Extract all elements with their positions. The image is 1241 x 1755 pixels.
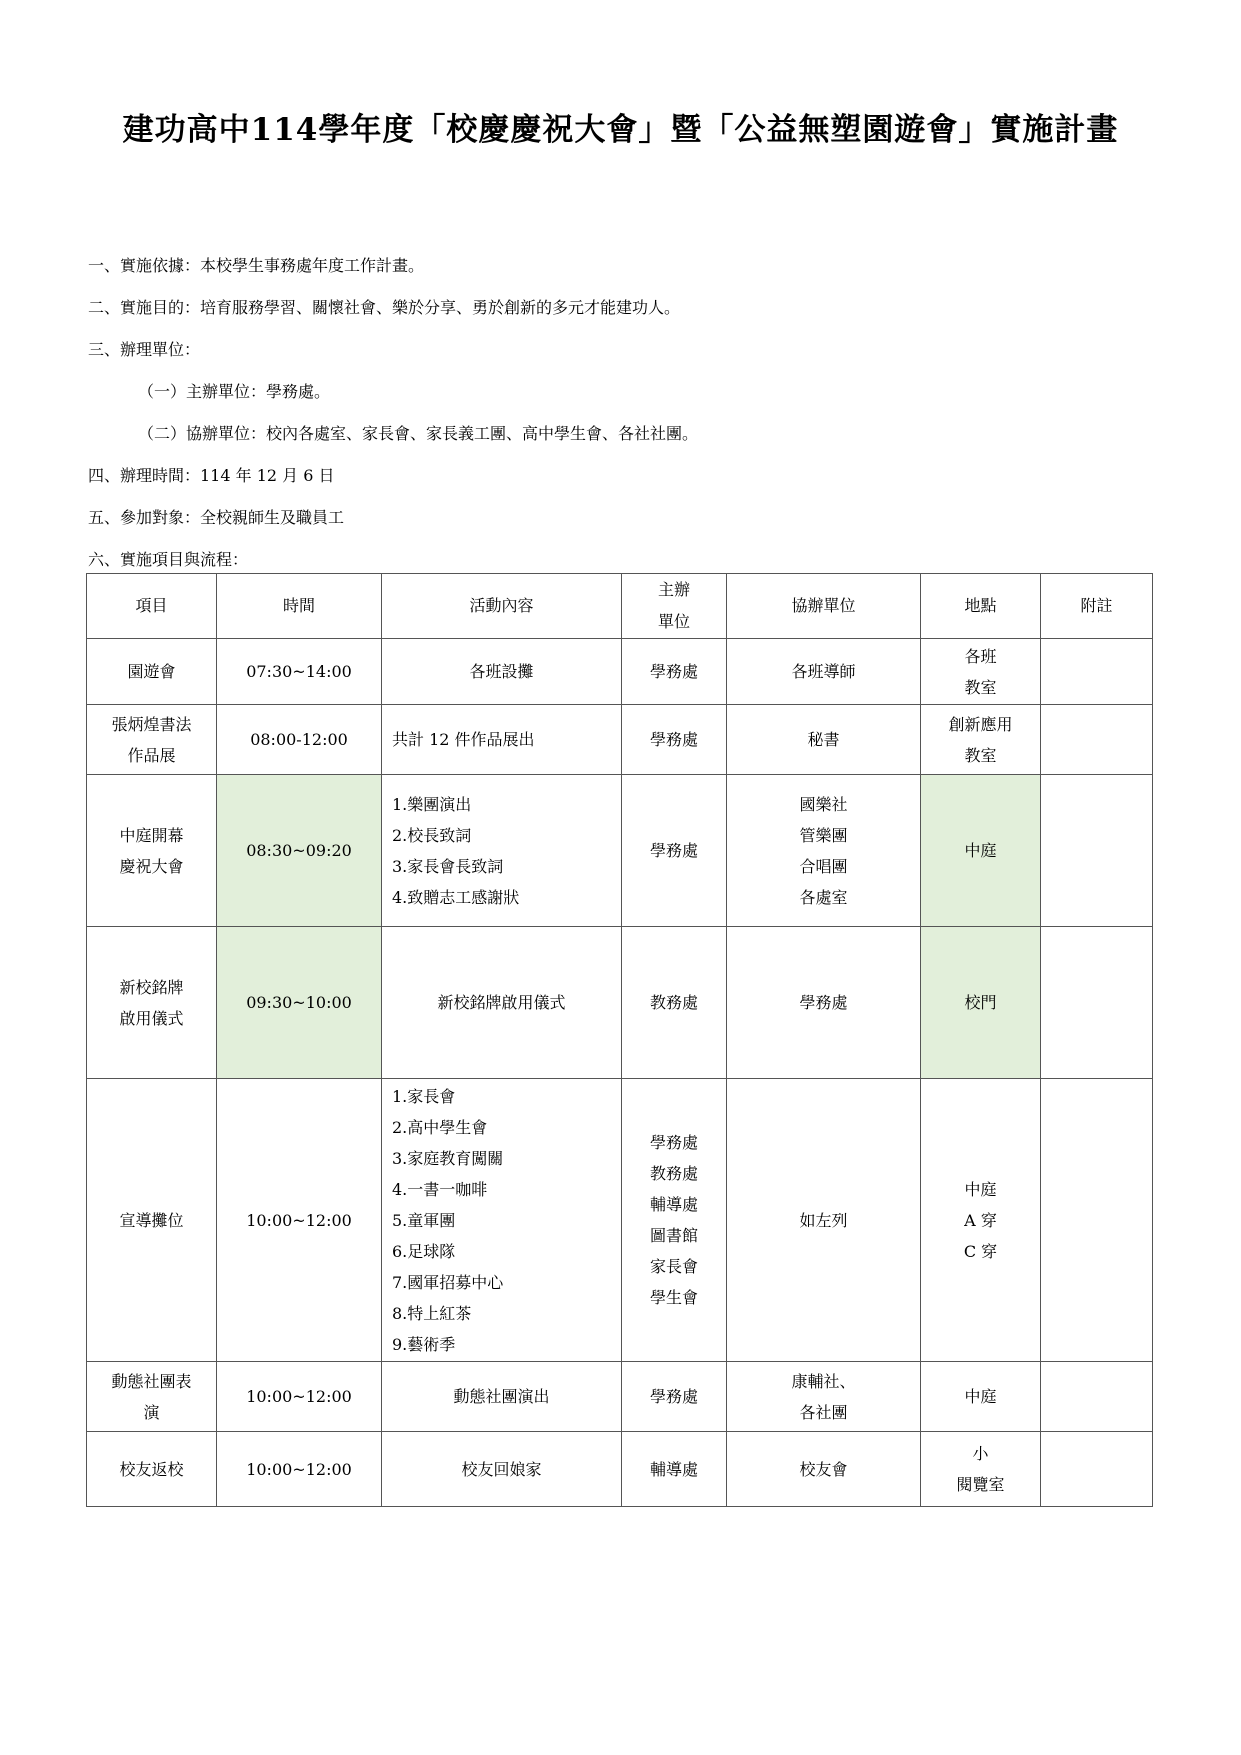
cell-note [1041,639,1153,705]
header-host-line2: 單位 [626,606,722,638]
table-row: 校友返校 10:00~12:00 校友回娘家 輔導處 校友會 小 閱覽室 [87,1432,1153,1507]
content-line: 2.校長致詞 [392,820,617,851]
cell-co-host: 校友會 [727,1432,921,1507]
cell-host: 學務處 [622,705,727,775]
co-host-line: 康輔社、 [731,1366,916,1397]
content-line: 2.高中學生會 [392,1112,617,1143]
header-time: 時間 [217,574,382,639]
cell-note [1041,705,1153,775]
content-line: 1.家長會 [392,1081,617,1112]
header-host-line1: 主辦 [626,574,722,606]
table-header-row: 項目 時間 活動內容 主辦 單位 協辦單位 地點 附註 [87,574,1153,639]
cell-content: 1.樂團演出 2.校長致詞 3.家長會長致詞 4.致贈志工感謝狀 [382,775,622,927]
cell-note [1041,775,1153,927]
cell-content: 新校銘牌啟用儀式 [382,927,622,1079]
location-line: 小 [925,1438,1036,1469]
cell-note [1041,1362,1153,1432]
cell-note [1041,1079,1153,1362]
host-line: 輔導處 [626,1189,722,1220]
header-content: 活動內容 [382,574,622,639]
cell-time: 10:00~12:00 [217,1079,382,1362]
header-location: 地點 [921,574,1041,639]
cell-note [1041,1432,1153,1507]
location-line: 中庭 [925,1174,1036,1205]
cell-content: 校友回娘家 [382,1432,622,1507]
content-line: 7.國軍招募中心 [392,1267,617,1298]
cell-co-host: 學務處 [727,927,921,1079]
cell-host: 學務處 [622,1362,727,1432]
cell-content: 1.家長會 2.高中學生會 3.家庭教育闖關 4.一書一咖啡 5.童軍團 6.足… [382,1079,622,1362]
co-host-line: 管樂團 [731,820,916,851]
cell-location: 校門 [921,927,1041,1079]
co-host-line: 國樂社 [731,789,916,820]
cell-location: 創新應用 教室 [921,705,1041,775]
content-line: 5.童軍團 [392,1205,617,1236]
cell-time: 09:30~10:00 [217,927,382,1079]
cell-content: 動態社團演出 [382,1362,622,1432]
cell-time: 10:00~12:00 [217,1432,382,1507]
content-line: 4.一書一咖啡 [392,1174,617,1205]
cell-host: 學務處 [622,639,727,705]
item-line: 新校銘牌 [91,972,212,1003]
content-line: 9.藝術季 [392,1329,617,1360]
section-co-organizers: （二）協辦單位：校內各處室、家長會、家長義工團、高中學生會、各社社團。 [88,422,1148,464]
cell-item: 新校銘牌 啟用儀式 [87,927,217,1079]
section-date: 四、辦理時間：114 年 12 月 6 日 [88,464,1148,506]
table-row: 中庭開幕 慶祝大會 08:30~09:20 1.樂團演出 2.校長致詞 3.家長… [87,775,1153,927]
cell-time: 08:30~09:20 [217,775,382,927]
document-title: 建功高中114學年度「校慶慶祝大會」暨「公益無塑園遊會」實施計畫 [0,104,1241,149]
host-line: 圖書館 [626,1220,722,1251]
cell-co-host: 秘書 [727,705,921,775]
cell-time: 10:00~12:00 [217,1362,382,1432]
header-host: 主辦 單位 [622,574,727,639]
item-line: 慶祝大會 [91,851,212,882]
cell-co-host: 國樂社 管樂團 合唱團 各處室 [727,775,921,927]
table-row: 動態社團表 演 10:00~12:00 動態社團演出 學務處 康輔社、 各社團 … [87,1362,1153,1432]
section-purpose: 二、實施目的：培育服務學習、關懷社會、樂於分享、勇於創新的多元才能建功人。 [88,296,1148,338]
cell-content: 各班設攤 [382,639,622,705]
cell-co-host: 康輔社、 各社團 [727,1362,921,1432]
cell-item: 校友返校 [87,1432,217,1507]
item-line: 啟用儀式 [91,1003,212,1034]
table-row: 張炳煌書法 作品展 08:00-12:00 共計 12 件作品展出 學務處 秘書… [87,705,1153,775]
section-participants: 五、參加對象：全校親師生及職員工 [88,506,1148,548]
cell-host: 學務處 教務處 輔導處 圖書館 家長會 學生會 [622,1079,727,1362]
section-basis: 一、實施依據：本校學生事務處年度工作計畫。 [88,254,1148,296]
table-row: 新校銘牌 啟用儀式 09:30~10:00 新校銘牌啟用儀式 教務處 學務處 校… [87,927,1153,1079]
cell-item: 動態社團表 演 [87,1362,217,1432]
host-line: 家長會 [626,1251,722,1282]
co-host-line: 各處室 [731,882,916,913]
cell-time: 07:30~14:00 [217,639,382,705]
item-line: 張炳煌書法 [91,709,212,740]
schedule-table: 項目 時間 活動內容 主辦 單位 協辦單位 地點 附註 園遊會 07:30~14… [86,573,1153,1507]
item-line: 動態社團表 [91,1366,212,1397]
header-co-host: 協辦單位 [727,574,921,639]
location-line: 教室 [925,672,1036,703]
cell-item: 張炳煌書法 作品展 [87,705,217,775]
host-line: 學務處 [626,1127,722,1158]
host-line: 教務處 [626,1158,722,1189]
content-line: 1.樂團演出 [392,789,617,820]
table-row: 園遊會 07:30~14:00 各班設攤 學務處 各班導師 各班 教室 [87,639,1153,705]
item-line: 中庭開幕 [91,820,212,851]
cell-host: 學務處 [622,775,727,927]
cell-content: 共計 12 件作品展出 [382,705,622,775]
host-line: 學生會 [626,1282,722,1313]
cell-host: 輔導處 [622,1432,727,1507]
table-row: 宣導攤位 10:00~12:00 1.家長會 2.高中學生會 3.家庭教育闖關 … [87,1079,1153,1362]
location-line: 創新應用 [925,709,1036,740]
co-host-line: 各社團 [731,1397,916,1428]
cell-location: 各班 教室 [921,639,1041,705]
plan-sections: 一、實施依據：本校學生事務處年度工作計畫。 二、實施目的：培育服務學習、關懷社會… [88,254,1148,590]
cell-item: 中庭開幕 慶祝大會 [87,775,217,927]
cell-location: 中庭 A 穿 C 穿 [921,1079,1041,1362]
item-line: 演 [91,1397,212,1428]
cell-item: 宣導攤位 [87,1079,217,1362]
cell-co-host: 如左列 [727,1079,921,1362]
cell-location: 小 閱覽室 [921,1432,1041,1507]
location-line: A 穿 [925,1205,1036,1236]
section-organizers: 三、辦理單位： [88,338,1148,380]
header-note: 附註 [1041,574,1153,639]
content-line: 8.特上紅茶 [392,1298,617,1329]
content-line: 4.致贈志工感謝狀 [392,882,617,913]
cell-co-host: 各班導師 [727,639,921,705]
cell-location: 中庭 [921,1362,1041,1432]
location-line: 各班 [925,641,1036,672]
cell-time: 08:00-12:00 [217,705,382,775]
header-item: 項目 [87,574,217,639]
cell-host: 教務處 [622,927,727,1079]
content-line: 3.家長會長致詞 [392,851,617,882]
item-line: 作品展 [91,740,212,771]
content-line: 3.家庭教育闖關 [392,1143,617,1174]
cell-location: 中庭 [921,775,1041,927]
location-line: 閱覽室 [925,1469,1036,1500]
location-line: C 穿 [925,1236,1036,1267]
section-main-organizer: （一）主辦單位：學務處。 [88,380,1148,422]
co-host-line: 合唱團 [731,851,916,882]
location-line: 教室 [925,740,1036,771]
content-line: 6.足球隊 [392,1236,617,1267]
cell-note [1041,927,1153,1079]
cell-item: 園遊會 [87,639,217,705]
